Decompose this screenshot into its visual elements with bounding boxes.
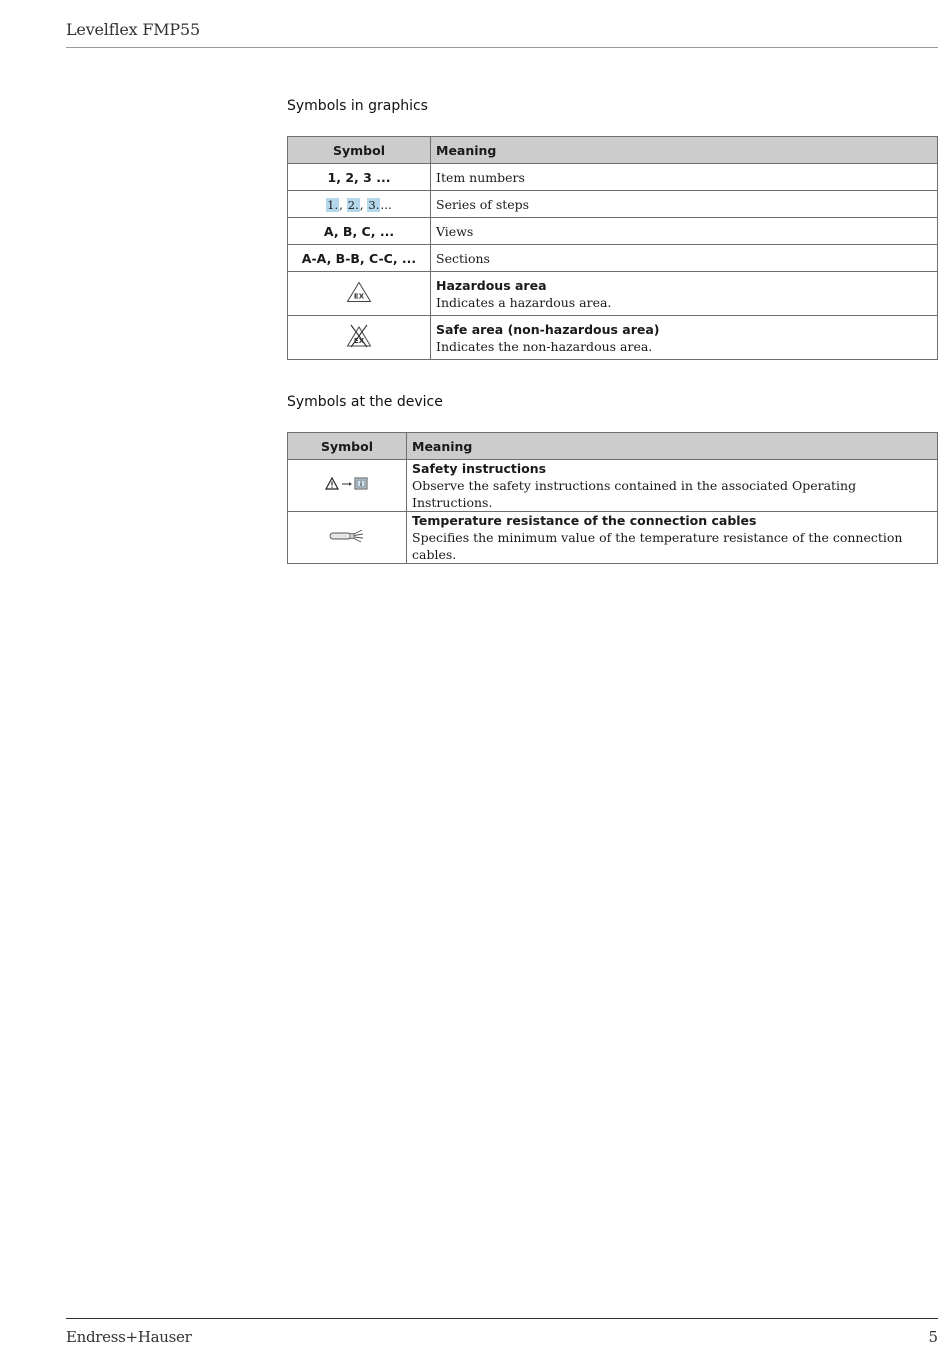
step-number-badge: 2. xyxy=(347,198,360,212)
step-number-badge: 1. xyxy=(326,198,339,212)
meaning-title: Safety instructions xyxy=(412,460,932,477)
meaning-description: Indicates the non-hazardous area. xyxy=(436,338,932,355)
hazardous-area-ex-icon: EX xyxy=(346,281,372,306)
svg-text:EX: EX xyxy=(354,293,365,301)
step-number-badge: 3. xyxy=(367,198,380,212)
symbols-at-device-table: Symbol Meaning i xyxy=(287,432,938,564)
meaning-description: Indicates a hazardous area. xyxy=(436,294,932,311)
table-row: A, B, C, ... Views xyxy=(288,218,938,245)
meaning-cell: Series of steps xyxy=(431,191,938,218)
table-row: EX Hazardous area Indicates a hazardous … xyxy=(288,272,938,316)
table-row: 1., 2., 3.... Series of steps xyxy=(288,191,938,218)
meaning-description: Observe the safety instructions containe… xyxy=(412,477,932,511)
meaning-cell: Safe area (non-hazardous area) Indicates… xyxy=(431,316,938,360)
meaning-title: Hazardous area xyxy=(436,277,932,294)
symbol-cell: A, B, C, ... xyxy=(288,218,431,245)
symbol-cell: EX xyxy=(288,272,431,316)
meaning-cell: Safety instructions Observe the safety i… xyxy=(407,460,938,512)
footer-divider xyxy=(66,1318,938,1319)
symbol-cell: 1, 2, 3 ... xyxy=(288,164,431,191)
safe-area-crossed-ex-icon: EX xyxy=(346,324,372,351)
meaning-title: Temperature resistance of the connection… xyxy=(412,512,932,529)
meaning-cell: Sections xyxy=(431,245,938,272)
svg-text:i: i xyxy=(360,481,362,488)
meaning-cell: Temperature resistance of the connection… xyxy=(407,512,938,564)
meaning-description: Specifies the minimum value of the tempe… xyxy=(412,529,932,563)
column-header-symbol: Symbol xyxy=(288,433,407,460)
meaning-cell: Views xyxy=(431,218,938,245)
symbol-cell xyxy=(288,512,407,564)
table-row: 1, 2, 3 ... Item numbers xyxy=(288,164,938,191)
document-header-title: Levelflex FMP55 xyxy=(66,20,200,39)
symbols-in-graphics-table: Symbol Meaning 1, 2, 3 ... Item numbers … xyxy=(287,136,938,360)
symbol-cell: A-A, B-B, C-C, ... xyxy=(288,245,431,272)
table-row: EX Safe area (non-hazardous area) Indica… xyxy=(288,316,938,360)
table-row: A-A, B-B, C-C, ... Sections xyxy=(288,245,938,272)
step-ellipsis: ... xyxy=(380,198,391,212)
table-row: Temperature resistance of the connection… xyxy=(288,512,938,564)
column-header-meaning: Meaning xyxy=(407,433,938,460)
meaning-title: Safe area (non-hazardous area) xyxy=(436,321,932,338)
symbol-cell: 1., 2., 3.... xyxy=(288,191,431,218)
column-header-symbol: Symbol xyxy=(288,137,431,164)
footer-brand: Endress+Hauser xyxy=(66,1328,191,1346)
warning-arrow-book-icon: i xyxy=(325,476,369,495)
section-title-device: Symbols at the device xyxy=(287,394,443,410)
section-title-graphics: Symbols in graphics xyxy=(287,98,428,114)
column-header-meaning: Meaning xyxy=(431,137,938,164)
header-divider xyxy=(66,47,938,48)
symbol-cell: i xyxy=(288,460,407,512)
meaning-cell: Item numbers xyxy=(431,164,938,191)
meaning-cell: Hazardous area Indicates a hazardous are… xyxy=(431,272,938,316)
symbol-cell: EX xyxy=(288,316,431,360)
table-row: i Safety instructions Observe the safety… xyxy=(288,460,938,512)
connection-cable-icon xyxy=(329,528,365,547)
page-number: 5 xyxy=(928,1328,938,1346)
